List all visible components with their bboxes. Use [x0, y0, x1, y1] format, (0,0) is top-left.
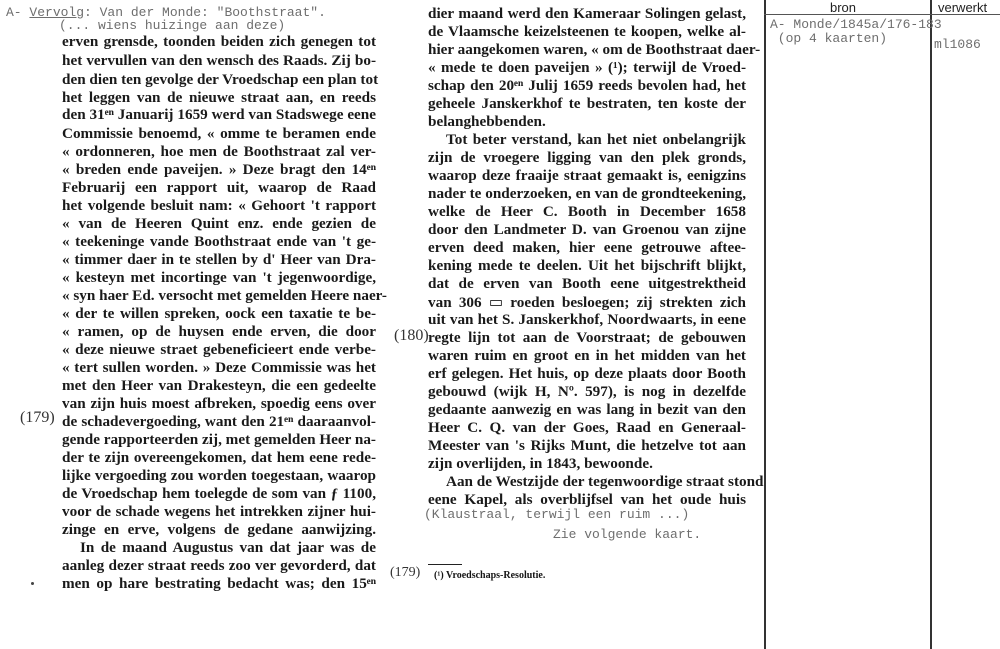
text-line: « ramen, op de huysen ende erven, die do… [62, 323, 376, 341]
bron-line-1: A- Monde/1845a/176-183 [770, 17, 942, 32]
table-left-border [764, 0, 766, 649]
text-line: Februarij een rapport uit, waarop de Raa… [62, 179, 376, 197]
header-verwerkt: verwerkt [938, 0, 987, 15]
text-line: regte lijn tot aan de Voorstraat; de geb… [428, 329, 746, 347]
text-line: van zijn huis moest afbreken, spoedig ee… [62, 395, 376, 413]
margin-dot [31, 582, 34, 585]
text-line: men op hare bestrating bedacht was; den … [62, 575, 376, 593]
text-line: « kesteyn met incortinge van 't jegenwoo… [62, 269, 376, 287]
text-line: dier maand werd den Kameraar Solingen ge… [428, 5, 746, 23]
text-line: belanghebbenden. [428, 113, 746, 131]
text-line: welke de Heer C. Booth in December 1658 [428, 203, 746, 221]
text-line: de Vroedschap hem toelegde de som van ƒ … [62, 485, 376, 503]
text-line: gebouwd (wijk H, Nº. 597), is nog in dez… [428, 383, 746, 401]
text-line: uit van het S. Janskerkhof, Noordwaarts,… [428, 311, 746, 329]
typed-continuation-middle: (Klaustraal, terwijl een ruim ...) [424, 507, 689, 522]
text-line: gende rapporteerden zij, met gemelden He… [62, 431, 376, 449]
text-line: zijn overlijden, in 1843, bewoonde. [428, 455, 746, 473]
footnote-margin-note: (179) [390, 565, 420, 581]
text-line: van 306 ▭ roeden besloegen; zij strekten… [428, 293, 746, 312]
margin-note-180: (180) [394, 327, 429, 345]
text-line: de schadevergoeding, want den 21ᵉⁿ daara… [62, 413, 376, 431]
text-line: erven grensde, toonden beiden zich geneg… [62, 33, 376, 51]
header-prefix: A- [6, 5, 22, 20]
text-line: Meester van 's Rijks Munt, die hetzelve … [428, 437, 746, 455]
text-line: het leggen van de nieuwe straat aan, en … [62, 89, 376, 107]
typed-continuation: (... wiens huizinge aan deze) [59, 18, 285, 33]
text-line: « teekeninge vande Boothstraat ende van … [62, 233, 376, 251]
text-line: kening mede te deelen. Uit het bijschrif… [428, 257, 746, 275]
text-line: geheele Janskerkhof te bestraten, ten ko… [428, 95, 746, 113]
text-line: de Vlaamsche keizelsteenen te koopen, we… [428, 23, 746, 41]
typed-next-card: Zie volgende kaart. [553, 527, 701, 542]
text-line: « mede te doen paveijen » (¹); terwijl d… [428, 59, 746, 77]
verwerkt-value: ml1086 [934, 37, 981, 52]
text-line: der te zijn overeengekomen, dat hem eene… [62, 449, 376, 467]
text-line: hier aangekomen waren, « om de Boothstra… [428, 41, 746, 59]
text-line: « breden ende paveijen. » Deze bragt den… [62, 161, 376, 179]
text-line: erf gelegen. Het huis, op deze plaats do… [428, 365, 746, 383]
text-line: door den Landmeter D. van Groenou van zi… [428, 221, 746, 239]
text-line: Heer C. Q. van der Goes, Raad en Generaa… [428, 419, 746, 437]
table-divider [930, 0, 932, 649]
text-line: Tot beter verstand, kan het niet onbelan… [428, 131, 746, 149]
text-line: « der te willen spreken, oock een taxati… [62, 305, 376, 323]
text-line: gedaante aanwezig en was lang in bezit v… [428, 401, 746, 419]
text-line: zijn de vroegere ligging van den plek gr… [428, 149, 746, 167]
text-line: lijke vergoeding zou worden toegestaan, … [62, 467, 376, 485]
text-line: het vervullen van den wensch des Raads. … [62, 52, 376, 70]
text-line: zinge en erve, volgens de gedane aanwijz… [62, 521, 376, 539]
text-line: met den Heer van Drakesteyn, die een ged… [62, 377, 376, 395]
text-line: « tert sullen worden. » Deze Commissie w… [62, 359, 376, 377]
footnote-divider [428, 564, 462, 565]
text-line: erven deed maken, hier eene getrouwe aft… [428, 239, 746, 257]
text-line: Commissie benoemd, « omme te beramen end… [62, 125, 376, 143]
text-line: het volgende besluit nam: « Gehoort 't r… [62, 197, 376, 215]
text-line: dat de erven van Booth eene uitgestrekth… [428, 275, 746, 293]
text-line: voor de schade wegens het intrekken zijn… [62, 503, 376, 521]
text-line: « van de Heeren Quint enz. ende gezien d… [62, 215, 376, 233]
text-line: den 31ᵉⁿ Januarij 1659 werd van Stadsweg… [62, 106, 376, 124]
margin-note-179: (179) [20, 409, 55, 427]
footnote: (¹) Vroedschaps-Resolutie. [434, 570, 545, 581]
text-line: aanleg dezer straat reeds zoo ver gevord… [62, 557, 376, 575]
text-line: « syn haer Ed. versocht met gemelden Hee… [62, 287, 376, 305]
text-line: schap den 20ᵉⁿ Julij 1659 reeds bevolen … [428, 77, 746, 95]
text-line: « timmer daer in te stellen by d' Heer v… [62, 251, 376, 269]
bron-line-2: (op 4 kaarten) [770, 31, 887, 46]
text-line: « ordonneren, hoe men de Boothstraat zal… [62, 143, 376, 161]
text-line: waarop deze fraaije straat gemaakt is, e… [428, 167, 746, 185]
text-line: In de maand Augustus van dat jaar was de [62, 539, 376, 557]
text-line: den dien ten gevolge der Vroedschap een … [62, 71, 376, 89]
text-line: nader te onderzoeken, en van de grondtee… [428, 185, 746, 203]
text-line: waren ruim en groot en in het midden van… [428, 347, 746, 365]
header-bron: bron [830, 0, 856, 15]
text-line: Aan de Westzijde der tegenwoordige straa… [428, 473, 746, 491]
text-line: « deze nieuwe straet gebeneficieert ende… [62, 341, 376, 359]
